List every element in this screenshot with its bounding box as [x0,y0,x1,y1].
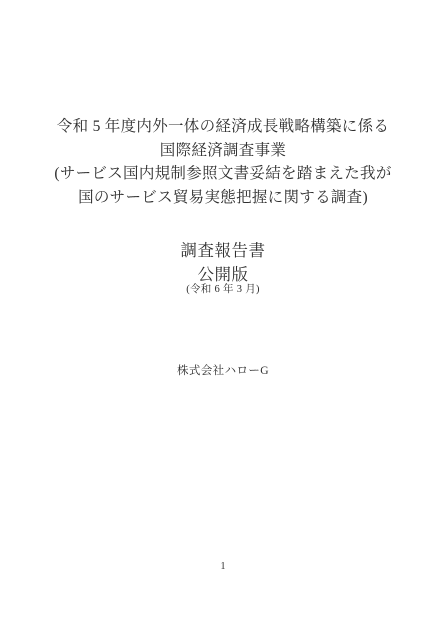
report-heading: 調査報告書 公開版 [0,239,446,287]
page-number: 1 [0,560,446,574]
title-line-2: 国際経済調査事業 [0,139,446,163]
title-line-1: 令和 5 年度内外一体の経済成長戦略構築に係る [0,115,446,139]
document-page: 令和 5 年度内外一体の経済成長戦略構築に係る 国際経済調査事業 (サービス国内… [0,0,446,630]
date-note: (令和 6 年 3 月) [0,282,446,297]
report-title: 調査報告書 [0,239,446,263]
title-line-3: (サービス国内規制参照文書妥結を踏まえた我が [0,162,446,186]
title-line-4: 国のサービス貿易実態把握に関する調査) [0,186,446,210]
document-title: 令和 5 年度内外一体の経済成長戦略構築に係る 国際経済調査事業 (サービス国内… [0,115,446,209]
company-name: 株式会社ハローG [0,363,446,379]
